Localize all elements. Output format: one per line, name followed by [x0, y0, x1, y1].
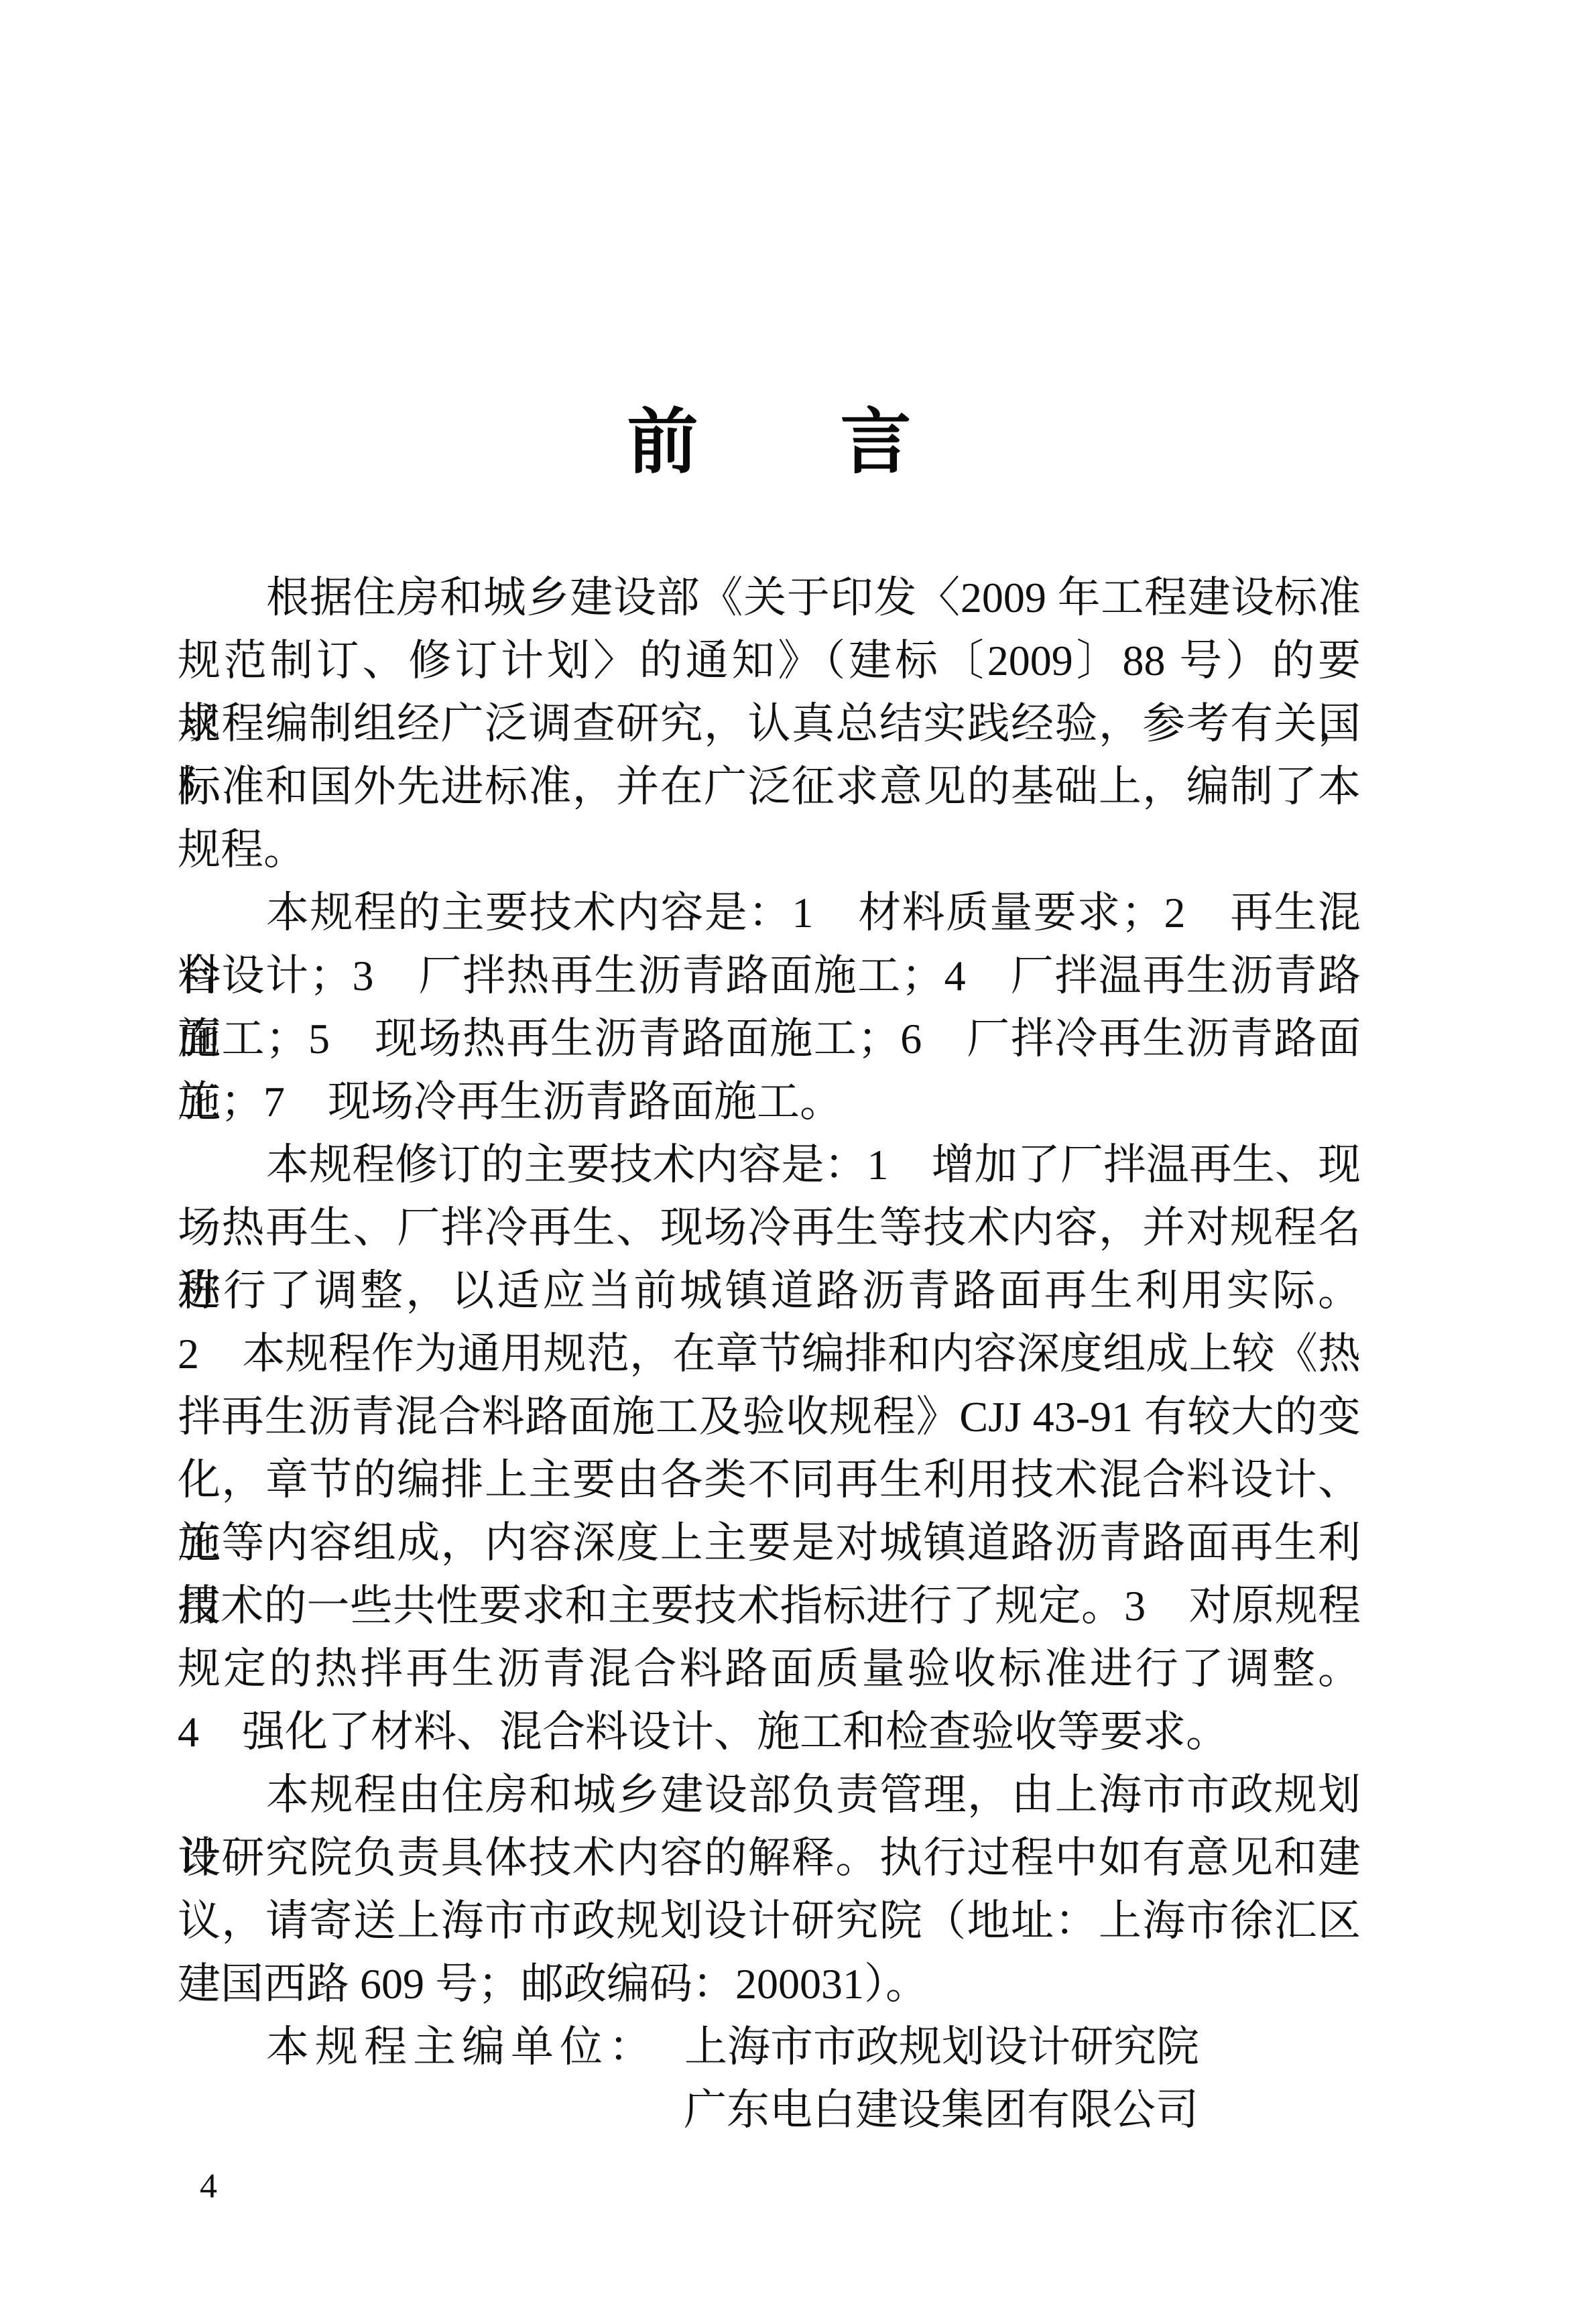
text-line: 标准和国外先进标准，并在广泛征求意见的基础上，编制了本: [178, 755, 1361, 818]
document-page: 前 言 根据住房和城乡建设部《关于印发〈2009 年工程建设标准 规范制订、修订…: [0, 0, 1596, 2310]
text-line: 化，章节的编排上主要由各类不同再生利用技术混合料设计、施: [178, 1449, 1361, 1512]
text-line: 4 强化了材料、混合料设计、施工和检查验收等要求。: [178, 1701, 1361, 1764]
text-line: 本规程的主要技术内容是：1 材料质量要求；2 再生混合: [178, 882, 1361, 945]
co-editor-line: 广东电白建设集团有限公司: [178, 2079, 1361, 2142]
paragraph-4: 本规程由住房和城乡建设部负责管理，由上海市市政规划设 计研究院负责具体技术内容的…: [178, 1764, 1361, 2016]
text-line: 根据住房和城乡建设部《关于印发〈2009 年工程建设标准: [178, 566, 1361, 629]
text-line: 规定的热拌再生沥青混合料路面质量验收标准进行了调整。: [178, 1638, 1361, 1701]
text-line: 料设计；3 厂拌热再生沥青路面施工；4 厂拌温再生沥青路面: [178, 945, 1361, 1008]
text-line: 拌再生沥青混合料路面施工及验收规程》CJJ 43-91 有较大的变: [178, 1386, 1361, 1449]
text-line: 计研究院负责具体技术内容的解释。执行过程中如有意见和建: [178, 1827, 1361, 1890]
text-line: 本规程由住房和城乡建设部负责管理，由上海市市政规划设: [178, 1764, 1361, 1827]
text-line: 工；7 现场冷再生沥青路面施工。: [178, 1071, 1361, 1134]
text-line: 进行了调整，以适应当前城镇道路沥青路面再生利用实际。: [178, 1260, 1361, 1323]
paragraph-2: 本规程的主要技术内容是：1 材料质量要求；2 再生混合 料设计；3 厂拌热再生沥…: [178, 882, 1361, 1134]
text-line: 建国西路 609 号；邮政编码：200031）。: [178, 1953, 1361, 2016]
text-line: 规范制订、修订计划〉的通知》（建标〔2009〕88 号）的要求，: [178, 629, 1361, 692]
text-line: 工等内容组成，内容深度上主要是对城镇道路沥青路面再生利用: [178, 1512, 1361, 1575]
page-number: 4: [200, 2169, 217, 2204]
chief-editor-label: 本规程主编单位：: [266, 2023, 658, 2071]
paragraph-3: 本规程修订的主要技术内容是：1 增加了厂拌温再生、现 场热再生、厂拌冷再生、现场…: [178, 1134, 1361, 1764]
chief-editor-line: 本规程主编单位：上海市市政规划设计研究院: [178, 2016, 1361, 2079]
text-line: 2 本规程作为通用规范，在章节编排和内容深度组成上较《热: [178, 1323, 1361, 1386]
co-editor-unit: 广东电白建设集团有限公司: [684, 2086, 1199, 2134]
preface-body: 根据住房和城乡建设部《关于印发〈2009 年工程建设标准 规范制订、修订计划〉的…: [178, 566, 1361, 2142]
text-line: 规程编制组经广泛调查研究，认真总结实践经验，参考有关国际: [178, 692, 1361, 755]
colophon: 本规程主编单位：上海市市政规划设计研究院 广东电白建设集团有限公司: [178, 2016, 1361, 2142]
text-line: 本规程修订的主要技术内容是：1 增加了厂拌温再生、现: [178, 1134, 1361, 1197]
text-line: 场热再生、厂拌冷再生、现场冷再生等技术内容，并对规程名称: [178, 1197, 1361, 1260]
page-title: 前 言: [178, 402, 1361, 484]
paragraph-1: 根据住房和城乡建设部《关于印发〈2009 年工程建设标准 规范制订、修订计划〉的…: [178, 566, 1361, 882]
text-line: 规程。: [178, 818, 1361, 882]
text-line: 施工；5 现场热再生沥青路面施工；6 厂拌冷再生沥青路面施: [178, 1008, 1361, 1071]
text-line: 技术的一些共性要求和主要技术指标进行了规定。3 对原规程: [178, 1575, 1361, 1638]
text-line: 议，请寄送上海市市政规划设计研究院（地址：上海市徐汇区: [178, 1890, 1361, 1953]
chief-editor-unit: 上海市市政规划设计研究院: [684, 2023, 1199, 2071]
